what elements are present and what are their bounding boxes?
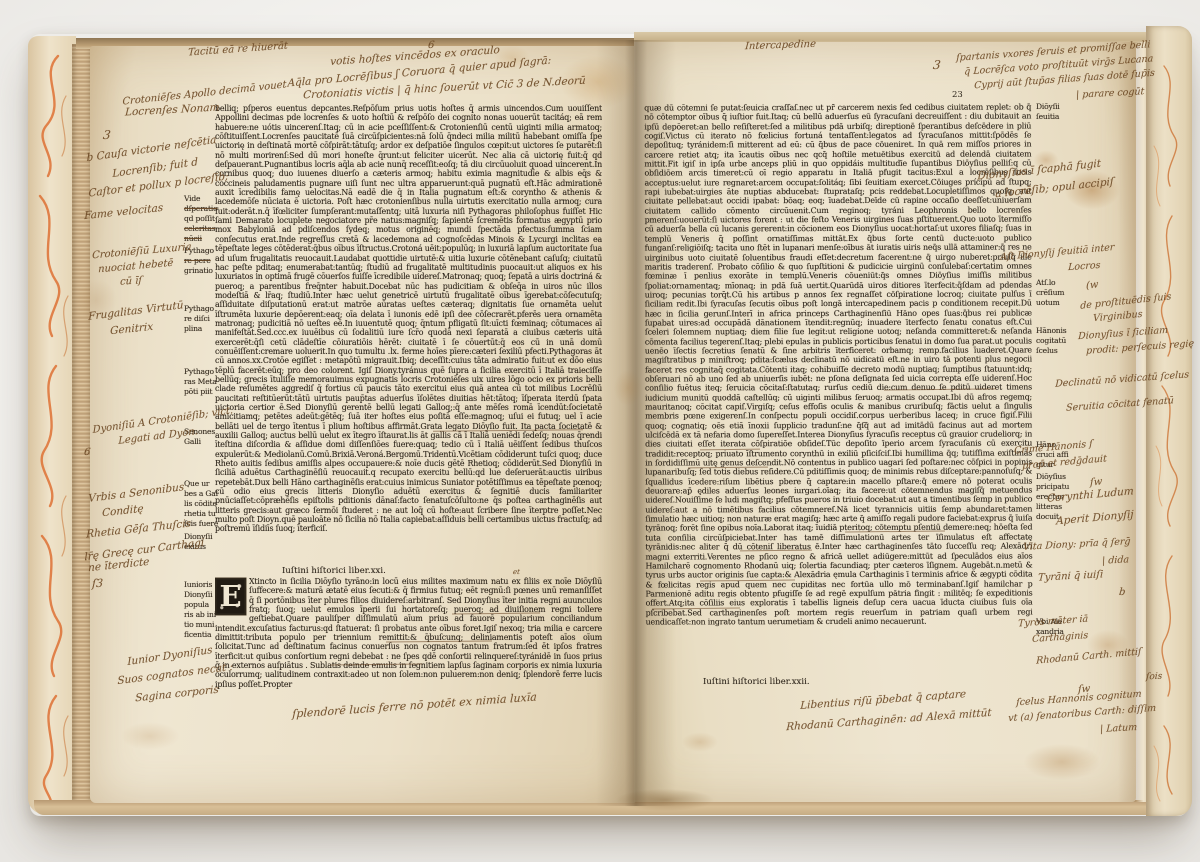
page-number: 23 bbox=[952, 90, 963, 100]
marbling-ornament-left bbox=[28, 36, 76, 814]
book-photograph: belliq; pſperos euentus depcantes.Reſpōſ… bbox=[0, 0, 1200, 862]
left-page-text-block: belliq; pſperos euentus depcantes.Reſpōſ… bbox=[215, 104, 602, 566]
right-page-text-block: quæ dū cōtemni ſe putat:ſeuicia craſſaſ.… bbox=[644, 102, 1032, 675]
vellum-cover-left-edge bbox=[28, 36, 76, 814]
left-book-heading: Iuſtini hiſtorici liber.xxi. bbox=[282, 565, 386, 575]
left-page-paragraph-2: Xtincto in ſicilia Diōyſio tyrāno:in loc… bbox=[215, 577, 602, 689]
marbling-ornament-right bbox=[1146, 26, 1192, 816]
vellum-cover-right-edge bbox=[1146, 26, 1192, 816]
woodcut-initial: E bbox=[215, 578, 246, 615]
left-page-text-block-2: EXtincto in ſicilia Diōyſio tyrāno:in lo… bbox=[215, 577, 602, 695]
right-book-heading: Iuſtini hiſtorici liber.xxii. bbox=[703, 676, 810, 686]
